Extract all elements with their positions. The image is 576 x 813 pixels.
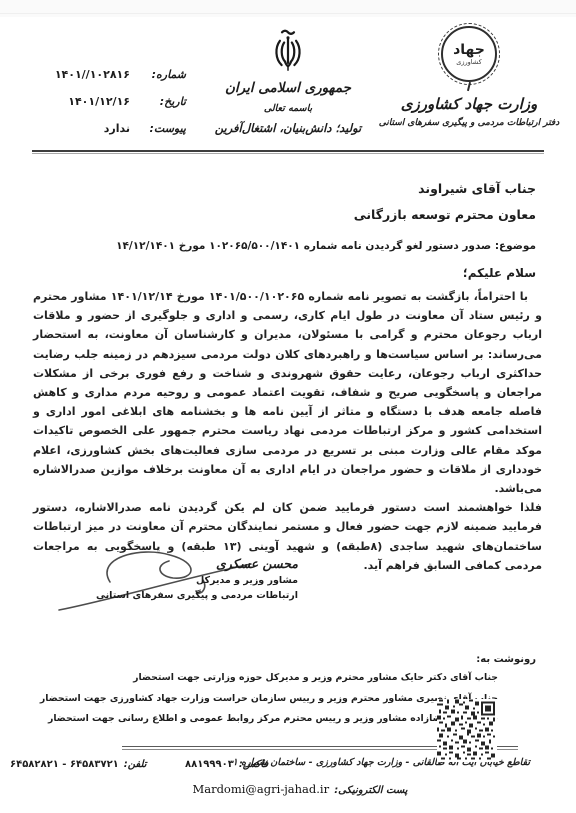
recipient-name: جناب آقای شیراوند bbox=[354, 176, 536, 202]
signature-block: محسن عسکری مشاور وزیر و مدیرکل ارتباطات … bbox=[55, 552, 300, 616]
date-label: تاریخ: bbox=[138, 93, 186, 111]
footer-email-row: پست الکترونیکی: Mardomi@agri-jahad.ir bbox=[150, 778, 450, 797]
year-slogan: تولید؛ دانش‌بنیان، اشتغال‌آفرین bbox=[205, 121, 371, 135]
signer-name: محسن عسکری bbox=[216, 556, 298, 571]
ministry-title: وزارت جهاد کشاورزی bbox=[378, 95, 560, 113]
subject-line: موضوع: صدور دستور لغو گردیدن نامه شماره … bbox=[40, 240, 536, 252]
letter-meta-block: شماره: ۱۴۰۱//۱۰۲۸۱۶ تاریخ: ۱۴۰۱/۱۲/۱۶ پی… bbox=[14, 66, 186, 147]
email-label: پست الکترونیکی: bbox=[334, 785, 407, 796]
number-label: شماره: bbox=[138, 66, 186, 84]
signer-title-1: مشاور وزیر و مدیرکل bbox=[196, 575, 298, 586]
meta-attachment-row: پیوست: ندارد bbox=[14, 120, 186, 138]
signer-title-2: ارتباطات مردمی و پیگیری سفرهای استانی bbox=[96, 590, 298, 601]
logo-text-bottom: کشاورزی bbox=[456, 59, 481, 66]
email-address: Mardomi@agri-jahad.ir bbox=[192, 782, 329, 796]
cc-item: جناب آقای دکتر حایک مشاور محترم وزیر و م… bbox=[20, 668, 536, 689]
ministry-block: جهاد کشاورزی وزارت جهاد کشاورزی دفتر ارت… bbox=[378, 26, 560, 128]
fax-number: ۸۸۱۹۹۹۰۳ bbox=[185, 759, 234, 770]
letter-body: با احتراماً، بازگشت به تصویر نامه شماره … bbox=[33, 287, 542, 575]
logo-stem bbox=[467, 82, 471, 91]
jahad-keshavarzi-logo-icon: جهاد کشاورزی bbox=[441, 26, 497, 82]
recipient-title: معاون محترم توسعه بازرگانی bbox=[354, 202, 536, 228]
letter-page: جهاد کشاورزی وزارت جهاد کشاورزی دفتر ارت… bbox=[0, 0, 576, 813]
ministry-subtitle: دفتر ارتباطات مردمی و پیگیری سفرهای استا… bbox=[378, 118, 560, 128]
fax-label: فاکس: bbox=[239, 759, 268, 770]
footer-fax: فاکس:۸۸۱۹۹۹۰۳ bbox=[185, 759, 268, 770]
footer-phone: تلفن:۶۴۵۸۳۷۲۱ - ۶۴۵۸۲۸۲۱ bbox=[10, 759, 147, 770]
salutation: سلام علیکم؛ bbox=[463, 266, 536, 280]
cc-label: رونوشت به: bbox=[20, 654, 536, 665]
phone-numbers: ۶۴۵۸۳۷۲۱ - ۶۴۵۸۲۸۲۱ bbox=[10, 759, 119, 770]
republic-title: جمهوری اسلامی ایران bbox=[205, 80, 371, 96]
scan-top-strip bbox=[0, 0, 576, 14]
logo-text-top: جهاد bbox=[453, 43, 485, 57]
iran-emblem-icon bbox=[271, 28, 305, 74]
qr-code bbox=[437, 699, 497, 762]
date-value: ۱۴۰۱/۱۲/۱۶ bbox=[68, 93, 130, 111]
recipient-block: جناب آقای شیراوند معاون محترم توسعه بازر… bbox=[354, 176, 536, 228]
phone-label: تلفن: bbox=[124, 759, 147, 770]
header-divider bbox=[32, 150, 544, 154]
attachment-value: ندارد bbox=[104, 120, 130, 138]
national-header-block: جمهوری اسلامی ایران باسمه تعالی تولید؛ د… bbox=[205, 28, 371, 135]
meta-date-row: تاریخ: ۱۴۰۱/۱۲/۱۶ bbox=[14, 93, 186, 111]
body-paragraph-1: با احتراماً، بازگشت به تصویر نامه شماره … bbox=[33, 287, 542, 498]
number-value: ۱۴۰۱//۱۰۲۸۱۶ bbox=[55, 66, 130, 84]
meta-number-row: شماره: ۱۴۰۱//۱۰۲۸۱۶ bbox=[14, 66, 186, 84]
attachment-label: پیوست: bbox=[138, 120, 186, 138]
basmala: باسمه تعالی bbox=[205, 103, 371, 114]
